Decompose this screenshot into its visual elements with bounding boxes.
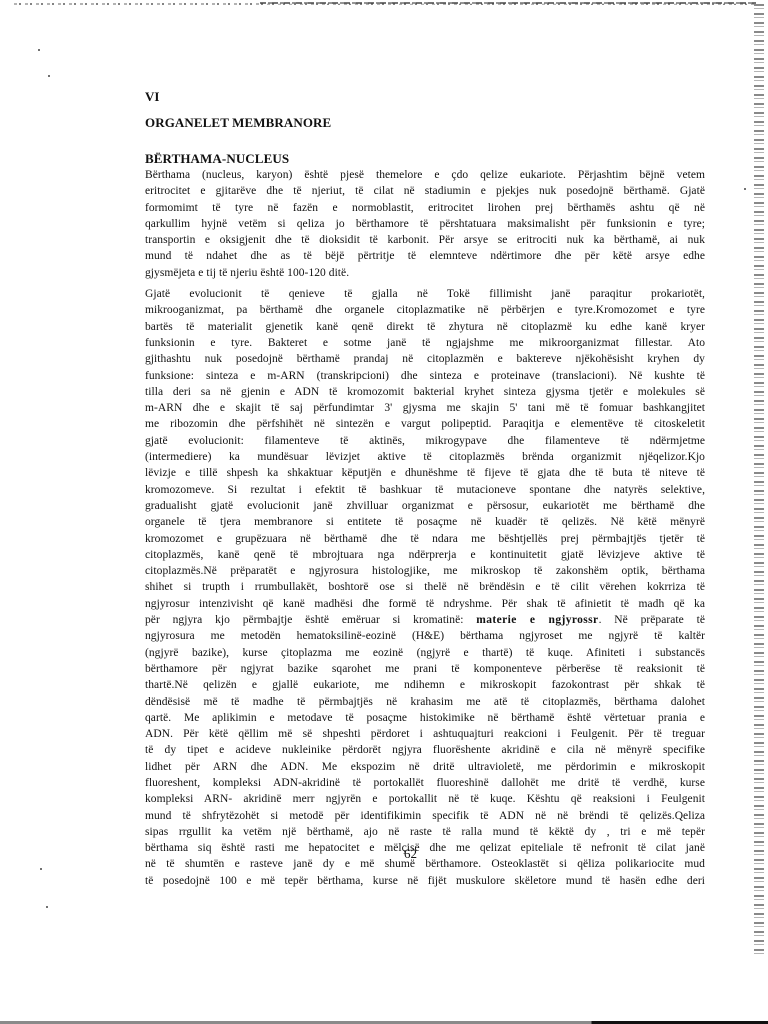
scan-speck	[48, 75, 50, 77]
text-line: mikrooganizmat, pa bërthamë dhe organele…	[145, 302, 705, 318]
page-number: 62	[404, 846, 417, 862]
text-line: thartë.Në qelizën e gjallë eukariote, me…	[145, 677, 705, 693]
bold-term: materie e ngjyrossr	[476, 614, 598, 626]
scan-speck	[46, 906, 48, 908]
text-line: bërthamore për ngjyrat bazike sqarohet m…	[145, 661, 705, 677]
text-line: lidhet për ARN dhe ADN. Me ekspozim në d…	[145, 759, 705, 775]
text-line: eritrocitet e gjitarëve dhe të njeriut, …	[145, 183, 705, 199]
text-line-with-bold: për ngjyra kjo përmbajtje është emëruar …	[145, 612, 705, 628]
paragraph-2: Gjatë evolucionit të qenieve të gjalla n…	[145, 286, 705, 889]
text-line: gjithashtu nuk posedojnë bërthamë pranda…	[145, 351, 705, 367]
text-line: funksione: sinteza e m-ARN (transkripcio…	[145, 368, 705, 384]
text-line: funksionin e tyre. Bakteret e sotme janë…	[145, 335, 705, 351]
chapter-title: ORGANELET MEMBRANORE	[145, 115, 331, 131]
text-line: transportin e oksigjenit dhe të dioksidi…	[145, 232, 705, 248]
text-line: m-ARN dhe e skajit të saj përfundimtar 3…	[145, 400, 705, 416]
text-line: (intermediere) ka mundësuar lëvizjet akt…	[145, 449, 705, 465]
text-line: gjysmëjeta e tij të njeriu është 100-120…	[145, 265, 705, 281]
text-line: mund të ndahet dhe as të bëjë përtritje …	[145, 248, 705, 264]
text-line: bërthama siq është rasti me hepatocitet …	[145, 840, 705, 856]
text-line: ngjyrosura me metodën hematoksilinë-eozi…	[145, 628, 705, 644]
text-line: lëvizje e tillë shpesh ka shkaktuar këpu…	[145, 465, 705, 481]
text-line: citoplazmës, kanë qenë të mbrojtuara nga…	[145, 547, 705, 563]
text-line: kromozomet e grupëzuara në bërthamë dhe …	[145, 531, 705, 547]
text-line: të dy tipet e acideve nukleinike përdorë…	[145, 742, 705, 758]
text-line: kompleksi ARN- akridinë merr ngjyrën e p…	[145, 791, 705, 807]
text-line: fluoreshent, kompleksi ADN-akridinë të p…	[145, 775, 705, 791]
body-text: Bërthama (nucleus, karyon) është pjesë t…	[145, 167, 705, 894]
text-line: kromozomeve. Si rezultat i efektit të ba…	[145, 482, 705, 498]
text-fragment: për ngjyra kjo përmbajtje është emëruar …	[145, 614, 476, 626]
scan-speck	[744, 188, 746, 190]
text-line: me ribozomin dhe përfshihët në sintezën …	[145, 416, 705, 432]
scan-edge-right	[754, 4, 764, 954]
paragraph-1: Bërthama (nucleus, karyon) është pjesë t…	[145, 167, 705, 281]
text-line: sipas rrgullit ka vetëm një bërthamë, aj…	[145, 824, 705, 840]
text-line: dëndësisë më të madhe të përmbajtjës në …	[145, 694, 705, 710]
scan-speck	[38, 49, 40, 51]
scan-speck	[40, 868, 42, 870]
scan-edge-top-shadow	[260, 2, 756, 4]
text-line: gradualisht gjatë evolucionit janë zhvil…	[145, 498, 705, 514]
text-line: formomimt të tyre në fazën e normoblasti…	[145, 200, 705, 216]
text-line: bartës të materialit gjenetik kanë qenë …	[145, 319, 705, 335]
text-line: ADN. Për këtë qëllim më së shpeshti përd…	[145, 726, 705, 742]
text-line: në të shumtën e rasteve janë dy e më shu…	[145, 856, 705, 872]
chapter-number: VI	[145, 89, 159, 105]
text-line: organele të tjera membranore si entitete…	[145, 514, 705, 530]
text-line: mund të shfrytëzohët si metodë për ident…	[145, 808, 705, 824]
text-line: tilla deri sa në gjenin e ADN të kromozo…	[145, 384, 705, 400]
text-line: qarkullim hyjnë vetëm si qeliza jo bërth…	[145, 216, 705, 232]
text-fragment: . Në prëparate të	[599, 614, 705, 626]
text-line: ngjyrosur intenzivisht që kanë madhësi d…	[145, 596, 705, 612]
text-line: të posedojnë 100 e më tepër bërthama, ku…	[145, 873, 705, 889]
text-line: Gjatë evolucionit të qenieve të gjalla n…	[145, 286, 705, 302]
text-line: gjatë evolucionit: filamenteve të aktinë…	[145, 433, 705, 449]
text-line: qartë. Me aplikimin e metodave të posaçm…	[145, 710, 705, 726]
text-line: Bërthama (nucleus, karyon) është pjesë t…	[145, 167, 705, 183]
text-line: shihet si trupth i rrumbullakët, boshtor…	[145, 579, 705, 595]
text-line: (ngjyrë bazike), kurse çitoplazma me eoz…	[145, 645, 705, 661]
section-title: BËRTHAMA-NUCLEUS	[145, 151, 289, 167]
text-line: citoplazmës.Në prëparatët e ngjyrosura h…	[145, 563, 705, 579]
